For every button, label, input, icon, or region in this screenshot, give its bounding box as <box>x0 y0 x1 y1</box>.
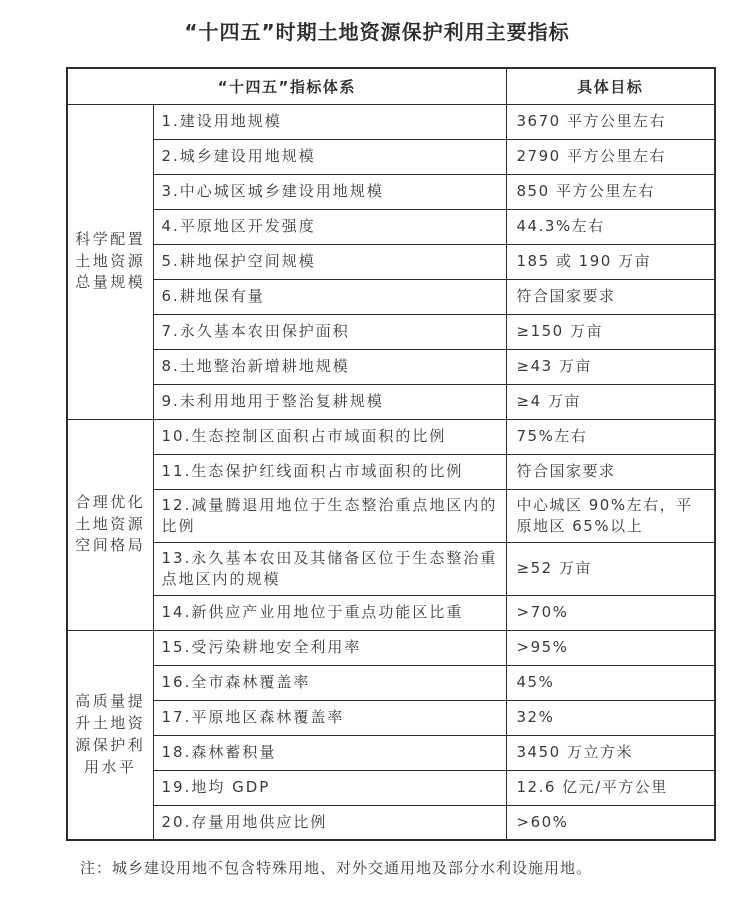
table-row: 高质量提 升土地资 源保护利 用水平 15.受污染耕地安全利用率 >95% <box>67 630 715 665</box>
group-label-3: 高质量提 升土地资 源保护利 用水平 <box>67 630 153 840</box>
header-row: “十四五”指标体系 具体目标 <box>67 68 715 104</box>
table-row: 14.新供应产业用地位于重点功能区比重 >70% <box>67 595 715 630</box>
header-indicator-system: “十四五”指标体系 <box>67 68 506 104</box>
table-header: “十四五”指标体系 具体目标 <box>67 68 715 104</box>
target-cell: 75%左右 <box>506 419 715 454</box>
target-cell: >95% <box>506 630 715 665</box>
table-row: 9.未利用地用于整治复耕规模 ≥4 万亩 <box>67 384 715 419</box>
table-row: 17.平原地区森林覆盖率 32% <box>67 700 715 735</box>
indicator-cell: 8.土地整治新增耕地规模 <box>153 349 506 384</box>
target-cell: ≥150 万亩 <box>506 314 715 349</box>
indicator-cell: 2.城乡建设用地规模 <box>153 139 506 174</box>
table-row: 18.森林蓄积量 3450 万立方米 <box>67 735 715 770</box>
indicator-cell: 18.森林蓄积量 <box>153 735 506 770</box>
table-row: 13.永久基本农田及其储备区位于生态整治重点地区内的规模 ≥52 万亩 <box>67 542 715 595</box>
indicator-cell: 9.未利用地用于整治复耕规模 <box>153 384 506 419</box>
indicator-cell: 1.建设用地规模 <box>153 104 506 139</box>
indicator-cell: 20.存量用地供应比例 <box>153 805 506 840</box>
table-row: 12.减量腾退用地位于生态整治重点地区内的比例 中心城区 90%左右，平原地区 … <box>67 489 715 542</box>
table-row: 3.中心城区城乡建设用地规模 850 平方公里左右 <box>67 174 715 209</box>
target-cell: 12.6 亿元/平方公里 <box>506 770 715 805</box>
indicator-cell: 7.永久基本农田保护面积 <box>153 314 506 349</box>
indicator-cell: 10.生态控制区面积占市域面积的比例 <box>153 419 506 454</box>
target-cell: 2790 平方公里左右 <box>506 139 715 174</box>
header-target: 具体目标 <box>506 68 715 104</box>
indicator-cell: 14.新供应产业用地位于重点功能区比重 <box>153 595 506 630</box>
indicator-cell: 19.地均 GDP <box>153 770 506 805</box>
table-row: 16.全市森林覆盖率 45% <box>67 665 715 700</box>
document-page: “十四五”时期土地资源保护利用主要指标 “十四五”指标体系 具体目标 科学配置 … <box>0 0 754 897</box>
target-cell: 850 平方公里左右 <box>506 174 715 209</box>
indicator-cell: 15.受污染耕地安全利用率 <box>153 630 506 665</box>
indicator-cell: 13.永久基本农田及其储备区位于生态整治重点地区内的规模 <box>153 542 506 595</box>
table-row: 6.耕地保有量 符合国家要求 <box>67 279 715 314</box>
target-cell: >70% <box>506 595 715 630</box>
target-cell: ≥4 万亩 <box>506 384 715 419</box>
target-cell: 3450 万立方米 <box>506 735 715 770</box>
target-cell: 32% <box>506 700 715 735</box>
target-cell: 185 或 190 万亩 <box>506 244 715 279</box>
page-title: “十四五”时期土地资源保护利用主要指标 <box>0 12 754 45</box>
table-row: 8.土地整治新增耕地规模 ≥43 万亩 <box>67 349 715 384</box>
target-cell: 中心城区 90%左右，平原地区 65%以上 <box>506 489 715 542</box>
indicator-cell: 16.全市森林覆盖率 <box>153 665 506 700</box>
table-row: 7.永久基本农田保护面积 ≥150 万亩 <box>67 314 715 349</box>
table-row: 20.存量用地供应比例 >60% <box>67 805 715 840</box>
target-cell: ≥43 万亩 <box>506 349 715 384</box>
indicator-cell: 3.中心城区城乡建设用地规模 <box>153 174 506 209</box>
indicator-cell: 11.生态保护红线面积占市域面积的比例 <box>153 454 506 489</box>
indicator-cell: 5.耕地保护空间规模 <box>153 244 506 279</box>
footnote: 注：城乡建设用地不包含特殊用地、对外交通用地及部分水利设施用地。 <box>80 857 754 878</box>
table-row: 4.平原地区开发强度 44.3%左右 <box>67 209 715 244</box>
indicator-cell: 12.减量腾退用地位于生态整治重点地区内的比例 <box>153 489 506 542</box>
table-row: 11.生态保护红线面积占市域面积的比例 符合国家要求 <box>67 454 715 489</box>
target-cell: >60% <box>506 805 715 840</box>
target-cell: 符合国家要求 <box>506 454 715 489</box>
table-row: 19.地均 GDP 12.6 亿元/平方公里 <box>67 770 715 805</box>
target-cell: ≥52 万亩 <box>506 542 715 595</box>
target-cell: 符合国家要求 <box>506 279 715 314</box>
table-row: 科学配置 土地资源 总量规模 1.建设用地规模 3670 平方公里左右 <box>67 104 715 139</box>
group-label-1: 科学配置 土地资源 总量规模 <box>67 104 153 419</box>
table-row: 5.耕地保护空间规模 185 或 190 万亩 <box>67 244 715 279</box>
indicator-cell: 17.平原地区森林覆盖率 <box>153 700 506 735</box>
target-cell: 3670 平方公里左右 <box>506 104 715 139</box>
group-label-2: 合理优化 土地资源 空间格局 <box>67 419 153 630</box>
indicator-cell: 4.平原地区开发强度 <box>153 209 506 244</box>
target-cell: 44.3%左右 <box>506 209 715 244</box>
table-row: 2.城乡建设用地规模 2790 平方公里左右 <box>67 139 715 174</box>
indicators-table: “十四五”指标体系 具体目标 科学配置 土地资源 总量规模 1.建设用地规模 3… <box>66 67 716 841</box>
target-cell: 45% <box>506 665 715 700</box>
indicator-cell: 6.耕地保有量 <box>153 279 506 314</box>
table-row: 合理优化 土地资源 空间格局 10.生态控制区面积占市域面积的比例 75%左右 <box>67 419 715 454</box>
